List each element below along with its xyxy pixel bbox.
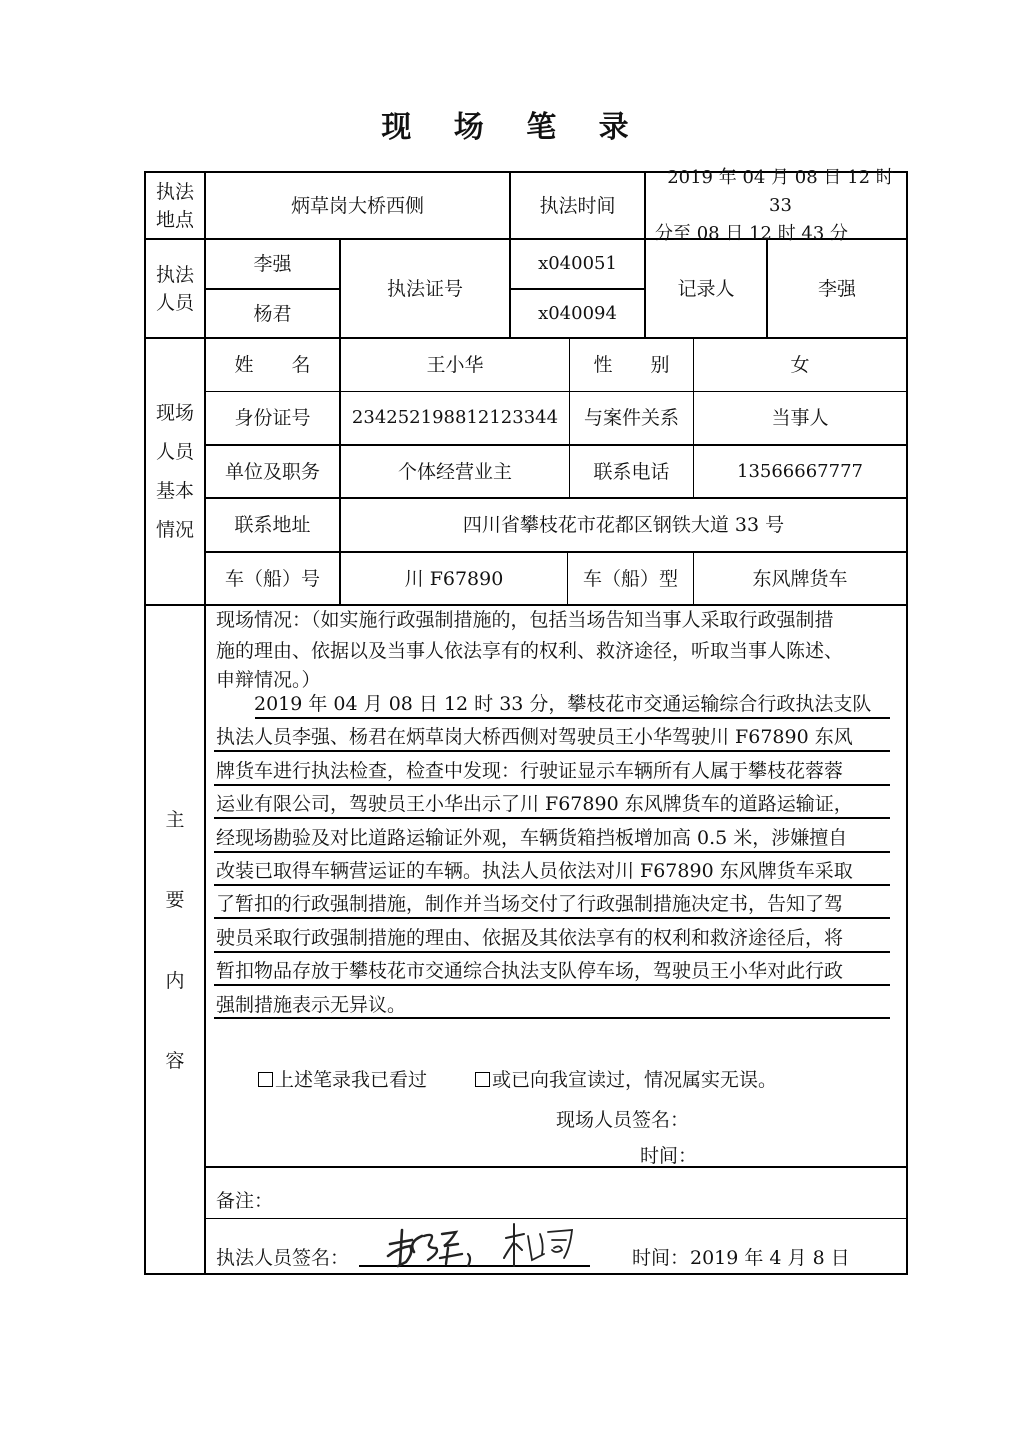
main-section-label-char: 内 [146, 966, 204, 996]
gender-label: 性 别 [570, 339, 693, 391]
underline [214, 851, 890, 853]
gender-value: 女 [694, 339, 906, 391]
cert-label: 执法证号 [341, 240, 509, 337]
person-section-label-line: 基本 [156, 472, 194, 511]
remarks-label: 备注： [216, 1186, 273, 1213]
location-label: 执法 地点 [146, 173, 204, 238]
main-section-label-char: 容 [146, 1046, 204, 1076]
underline [214, 917, 890, 919]
name-label: 姓 名 [206, 339, 339, 391]
time-value: 2019 年 04 月 08 日 12 时 33 分至 08 日 12 时 43… [646, 173, 906, 238]
phone-value: 13566667777 [694, 446, 906, 497]
location-label-line: 执法 [156, 178, 194, 206]
underline [214, 750, 890, 752]
underline [214, 817, 890, 819]
unit-label: 单位及职务 [206, 446, 339, 497]
staff-name-1: 李强 [206, 240, 339, 288]
recorder-value: 李强 [768, 240, 906, 337]
recorder-label: 记录人 [646, 240, 766, 337]
underline [255, 717, 890, 719]
underline [214, 951, 890, 953]
vehicle-no-value: 川 F67890 [341, 553, 567, 604]
instruction-line: 现场情况：（如实施行政强制措施的，包括当场告知当事人采取行政强制措 [216, 603, 892, 637]
relation-label: 与案件关系 [570, 392, 693, 444]
officer-time-label: 时间： [632, 1243, 689, 1270]
instruction-text: 现场情况：（如实施行政强制措施的，包括当场告知当事人采取行政强制措 施的理由、依… [216, 603, 892, 695]
officer-signature-label: 执法人员签名： [216, 1243, 349, 1270]
checkbox-read-aloud[interactable] [475, 1072, 490, 1087]
confirm-read-aloud-option[interactable]: 或已向我宣读过，情况属实无误。 [475, 1065, 777, 1092]
staff-name-2: 杨君 [206, 290, 339, 337]
staff-label-line: 人员 [156, 289, 194, 317]
onsite-signature-label: 现场人员签名： [556, 1105, 689, 1132]
person-section-label-line: 人员 [156, 433, 194, 472]
main-section-label-char: 要 [146, 885, 204, 915]
confirm-read-aloud-label: 或已向我宣读过，情况属实无误。 [492, 1069, 777, 1091]
id-label: 身份证号 [206, 392, 339, 444]
vehicle-type-label: 车（船）型 [568, 553, 693, 604]
location-value: 炳草岗大桥西侧 [206, 173, 509, 238]
divider [205, 1166, 908, 1168]
time-label: 执法时间 [511, 173, 644, 238]
underline [214, 984, 890, 986]
cert-no-1: x040051 [511, 240, 644, 288]
confirm-read-option[interactable]: 上述笔录我已看过 [258, 1065, 427, 1092]
person-section-label: 现场 人员 基本 情况 [146, 339, 204, 604]
officer-signature-handwriting-2 [500, 1220, 580, 1270]
case-narrative: 2019 年 04 月 08 日 12 时 33 分，攀枝花市交通运输综合行政执… [216, 688, 892, 1022]
staff-label: 执法 人员 [146, 240, 204, 337]
location-label-line: 地点 [156, 206, 194, 234]
address-label: 联系地址 [206, 499, 339, 551]
table-border-bottom [144, 1273, 908, 1275]
vehicle-type-value: 东风牌货车 [694, 553, 906, 604]
underline [214, 884, 890, 886]
checkbox-read[interactable] [258, 1072, 273, 1087]
confirm-read-label: 上述笔录我已看过 [275, 1069, 427, 1091]
name-value: 王小华 [341, 339, 569, 391]
unit-value: 个体经营业主 [341, 446, 569, 497]
vehicle-no-label: 车（船）号 [206, 553, 339, 604]
time-value-line: 2019 年 04 月 08 日 12 时 33 [655, 164, 906, 220]
address-value: 四川省攀枝花市花都区钢铁大道 33 号 [341, 499, 906, 551]
underline [214, 1017, 890, 1019]
relation-value: 当事人 [694, 392, 906, 444]
phone-label: 联系电话 [570, 446, 693, 497]
officer-time-value: 2019 年 4 月 8 日 [690, 1243, 850, 1270]
staff-label-line: 执法 [156, 261, 194, 289]
officer-signature-handwriting-1 [384, 1222, 504, 1272]
person-section-label-line: 现场 [156, 394, 194, 433]
id-value: 234252198812123344 [341, 392, 569, 444]
cert-no-2: x040094 [511, 290, 644, 337]
onsite-time-label: 时间： [640, 1141, 697, 1168]
instruction-line: 施的理由、依据以及当事人依法享有的权利、救济途径，听取当事人陈述、 [216, 637, 892, 665]
narrative-line: 经现场勘验及对比道路运输证外观，车辆货箱挡板增加高 0.5 米，涉嫌擅自 [216, 822, 892, 855]
main-section-label-char: 主 [146, 805, 204, 835]
underline [214, 784, 890, 786]
page-title: 现 场 笔 录 [0, 102, 1026, 146]
divider [205, 1218, 908, 1219]
person-section-label-line: 情况 [156, 511, 194, 550]
